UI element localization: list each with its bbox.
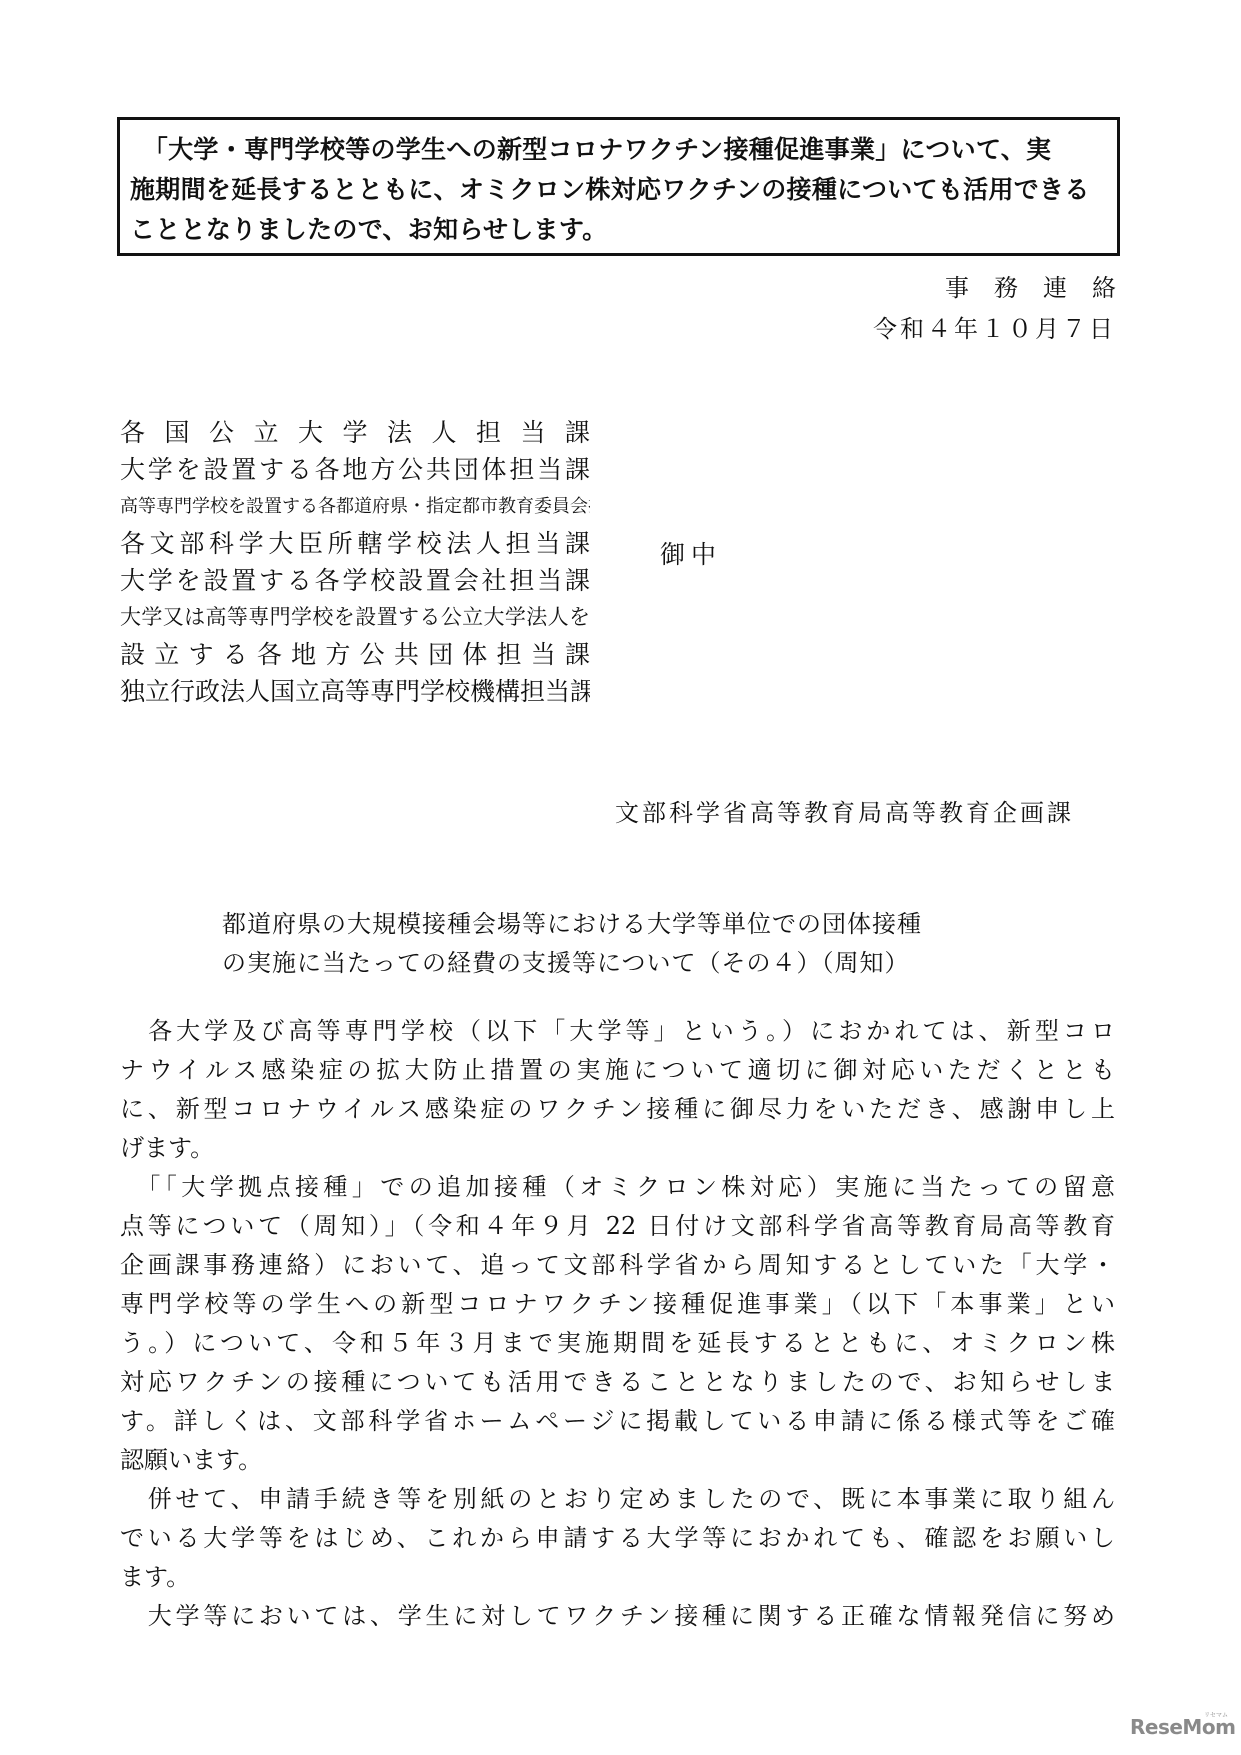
body-line: 各大学及び高等専門学校（以下「大学等」という。）におかれては、新型コロ [120,1012,1115,1051]
addressee: 大学又は高等専門学校を設置する公立大学法人を [120,599,590,636]
body-line: 併せて、申請手続き等を別紙のとおり定めましたので、既に本事業に取り組ん [120,1480,1115,1519]
document-type: 事務連絡 [945,268,1141,303]
body-line: 認願います。 [120,1441,1115,1480]
addressee: 高等専門学校を設置する各都道府県・指定都市教育委員会担当課 [120,488,590,525]
body-line: 専門学校等の学生への新型コロナワクチン接種促進事業」（以下「本事業」とい [120,1285,1115,1324]
body-line: ナウイルス感染症の拡大防止措置の実施について適切に御対応いただくととも [120,1051,1115,1090]
body-line: 企画課事務連絡）において、追って文部科学省から周知するとしていた「大学・ [120,1246,1115,1285]
notice-text: 「大学・専門学校等の学生への新型コロナワクチン接種促進事業」について、実 施期間… [130,130,1110,250]
document-date: 令和４年１０月７日 [873,309,1116,344]
honorific: 御中 [660,535,722,571]
document-title: 都道府県の大規模接種会場等における大学等単位での団体接種 の実施に当たっての経費… [222,905,922,983]
body-line: う。）について、令和５年３月まで実施期間を延長するとともに、オミクロン株 [120,1324,1115,1363]
body-line: げます。 [120,1129,1115,1168]
body-line: でいる大学等をはじめ、これから申請する大学等におかれても、確認をお願いし [120,1519,1115,1558]
notice-box: 「大学・専門学校等の学生への新型コロナワクチン接種促進事業」について、実 施期間… [117,117,1120,256]
body-line: ます。 [120,1558,1115,1597]
addressee: 設立する各地方公共団体担当課 [120,636,590,673]
notice-line: 施期間を延長するとともに、オミクロン株対応ワクチンの接種についても活用できる [130,170,1110,210]
body-line: 対応ワクチンの接種についても活用できることとなりましたので、お知らせしま [120,1363,1115,1402]
notice-line: こととなりましたので、お知らせします。 [130,210,1110,250]
addressee: 大学を設置する各学校設置会社担当課 [120,562,590,599]
body-line: 大学等においては、学生に対してワクチン接種に関する正確な情報発信に努め [120,1597,1115,1636]
body-line: 「「大学拠点接種」での追加接種（オミクロン株対応）実施に当たっての留意 [120,1168,1115,1207]
addressee: 各文部科学大臣所轄学校法人担当課 [120,525,590,562]
watermark-logo: ReseMom [1130,1715,1235,1739]
title-line: 都道府県の大規模接種会場等における大学等単位での団体接種 [222,905,922,944]
addressee: 独立行政法人国立高等専門学校機構担当課 [120,673,590,710]
addressee: 大学を設置する各地方公共団体担当課 [120,451,590,488]
addressee-list: 各国公立大学法人担当課 大学を設置する各地方公共団体担当課 高等専門学校を設置す… [120,414,590,710]
addressee: 各国公立大学法人担当課 [120,414,590,451]
title-line: の実施に当たっての経費の支援等について（その４）（周知） [222,944,922,983]
sender: 文部科学省高等教育局高等教育企画課 [615,793,1074,828]
body-line: 点等について（周知）」（令和４年９月 22 日付け文部科学省高等教育局高等教育 [120,1207,1115,1246]
body-line: す。詳しくは、文部科学省ホームページに掲載している申請に係る様式等をご確 [120,1402,1115,1441]
body-text: 各大学及び高等専門学校（以下「大学等」という。）におかれては、新型コロ ナウイル… [120,1012,1115,1636]
body-line: に、新型コロナウイルス感染症のワクチン接種に御尽力をいただき、感謝申し上 [120,1090,1115,1129]
notice-line: 「大学・専門学校等の学生への新型コロナワクチン接種促進事業」について、実 [130,130,1110,170]
